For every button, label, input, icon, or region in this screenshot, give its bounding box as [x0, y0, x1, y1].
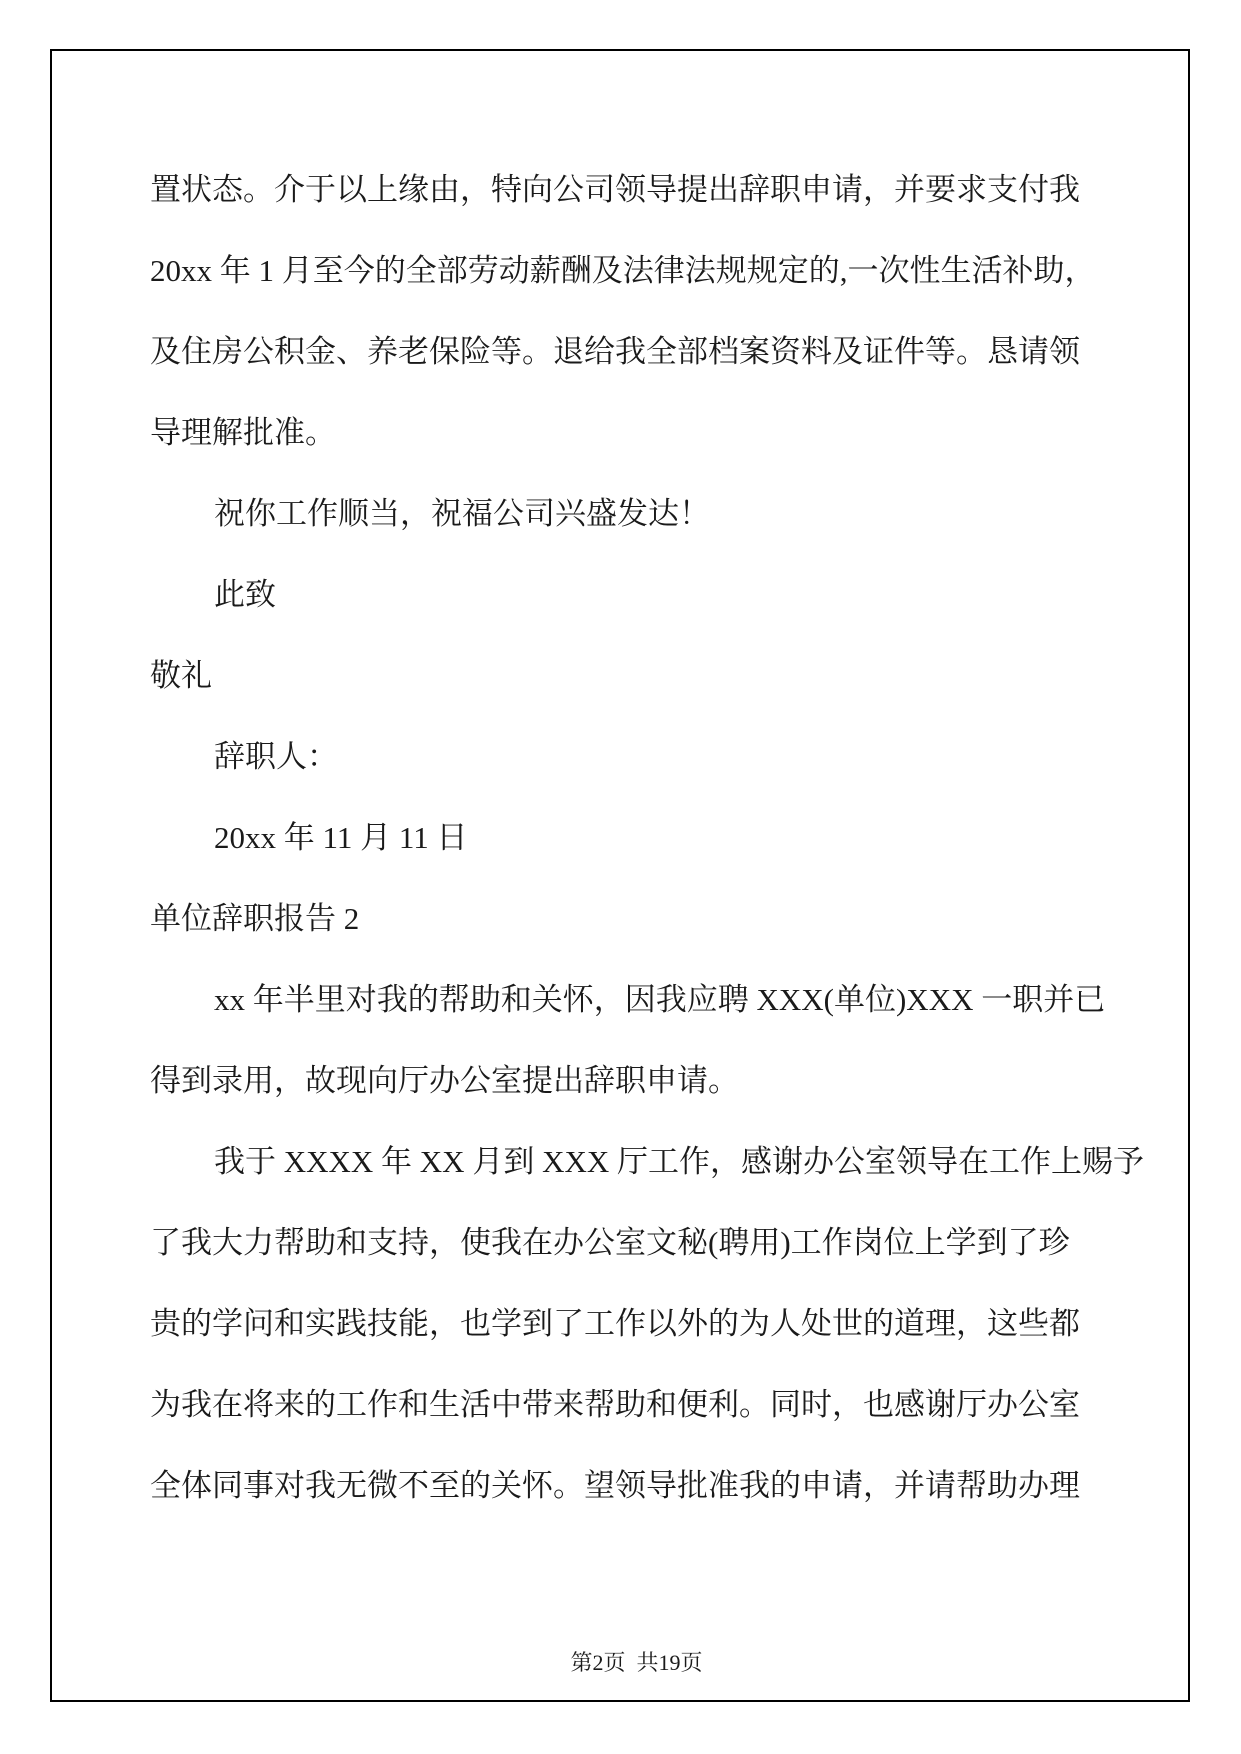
text-line: 此致: [150, 554, 1110, 635]
text-line: 导理解批准。: [150, 392, 1110, 473]
text-line: 辞职人：: [150, 716, 1110, 797]
text-line: 敬礼: [150, 635, 1110, 716]
text-line: 全体同事对我无微不至的关怀。望领导批准我的申请，并请帮助办理: [150, 1445, 1110, 1526]
page-footer: 第2页 共19页: [52, 1621, 1188, 1649]
page-number-text: 第2页 共19页: [570, 1650, 702, 1675]
text-line: 20xx 年 11 月 11 日: [150, 797, 1110, 878]
document-text: 置状态。介于以上缘由，特向公司领导提出辞职申请，并要求支付我20xx 年 1 月…: [150, 149, 1110, 1526]
text-line: 祝你工作顺当，祝福公司兴盛发达！: [150, 473, 1110, 554]
text-line: 20xx 年 1 月至今的全部劳动薪酬及法律法规规定的,一次性生活补助，: [150, 230, 1110, 311]
text-line: 单位辞职报告 2: [150, 878, 1110, 959]
page-border: 置状态。介于以上缘由，特向公司领导提出辞职申请，并要求支付我20xx 年 1 月…: [50, 49, 1190, 1702]
text-line: 了我大力帮助和支持，使我在办公室文秘(聘用)工作岗位上学到了珍: [150, 1202, 1110, 1283]
text-line: 我于 XXXX 年 XX 月到 XXX 厅工作，感谢办公室领导在工作上赐予: [150, 1121, 1110, 1202]
text-line: 置状态。介于以上缘由，特向公司领导提出辞职申请，并要求支付我: [150, 149, 1110, 230]
text-line: 为我在将来的工作和生活中带来帮助和便利。同时，也感谢厅办公室: [150, 1364, 1110, 1445]
document-page: 置状态。介于以上缘由，特向公司领导提出辞职申请，并要求支付我20xx 年 1 月…: [0, 0, 1241, 1754]
text-line: 及住房公积金、养老保险等。退给我全部档案资料及证件等。恳请领: [150, 311, 1110, 392]
text-line: xx 年半里对我的帮助和关怀，因我应聘 XXX(单位)XXX 一职并已: [150, 959, 1110, 1040]
text-line: 得到录用，故现向厅办公室提出辞职申请。: [150, 1040, 1110, 1121]
text-line: 贵的学问和实践技能，也学到了工作以外的为人处世的道理，这些都: [150, 1283, 1110, 1364]
